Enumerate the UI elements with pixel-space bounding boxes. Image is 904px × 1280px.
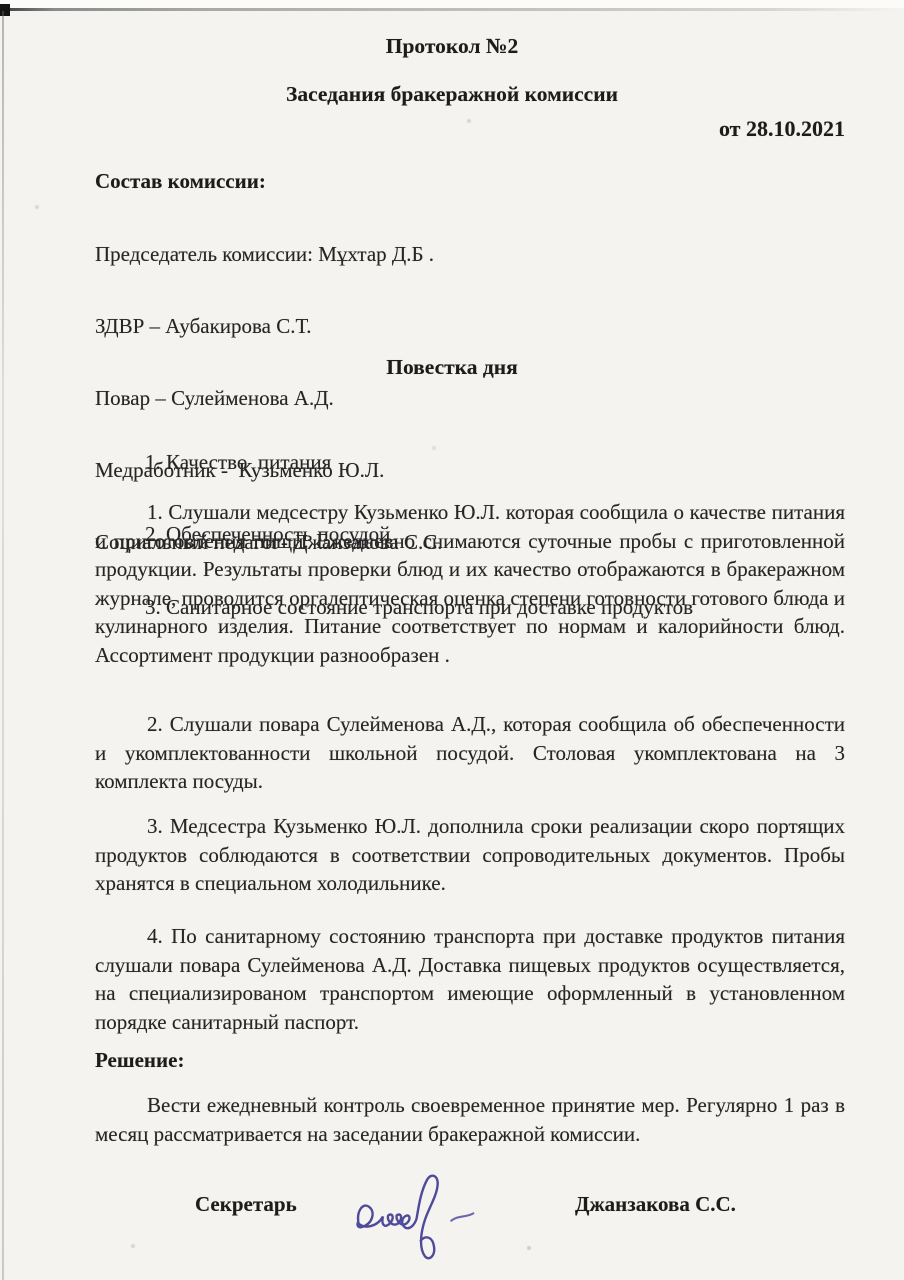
paragraph-4: 4. По санитарному состоянию транспорта п… bbox=[95, 922, 845, 1036]
scanned-document-page: Протокол №2 Заседания бракеражной комисс… bbox=[0, 0, 904, 1280]
paragraph-3: 3. Медсестра Кузьменко Ю.Л. дополнила ср… bbox=[95, 812, 845, 898]
document-content: Протокол №2 Заседания бракеражной комисс… bbox=[95, 0, 845, 1280]
paragraph-1: 1. Слушали медсестру Кузьменко Ю.Л. кото… bbox=[95, 498, 845, 670]
doc-title: Протокол №2 bbox=[0, 34, 904, 59]
decision-text: Вести ежедневный контроль своевременное … bbox=[95, 1091, 845, 1148]
signature-ink bbox=[343, 1164, 528, 1269]
scan-left-edge-line bbox=[2, 11, 4, 1280]
agenda-item: 1. Качество питания bbox=[145, 450, 845, 474]
signature-row: Секретарь Джанзакова С.С. bbox=[95, 1192, 845, 1272]
paragraph-2: 2. Слушали повара Сулейменова А.Д., кото… bbox=[95, 710, 845, 796]
commission-member: ЗДВР – Аубакирова С.Т. bbox=[95, 314, 845, 338]
decision-heading: Решение: bbox=[95, 1048, 845, 1073]
secretary-label: Секретарь bbox=[195, 1192, 297, 1217]
doc-subtitle: Заседания бракеражной комиссии bbox=[0, 82, 904, 107]
commission-heading: Состав комиссии: bbox=[95, 169, 845, 194]
secretary-name: Джанзакова С.С. bbox=[575, 1192, 736, 1217]
agenda-heading: Повестка дня bbox=[0, 355, 904, 380]
scan-specks bbox=[0, 0, 2, 2]
commission-member: Председатель комиссии: Мұхтар Д.Б . bbox=[95, 242, 845, 266]
doc-date: от 28.10.2021 bbox=[95, 116, 845, 142]
